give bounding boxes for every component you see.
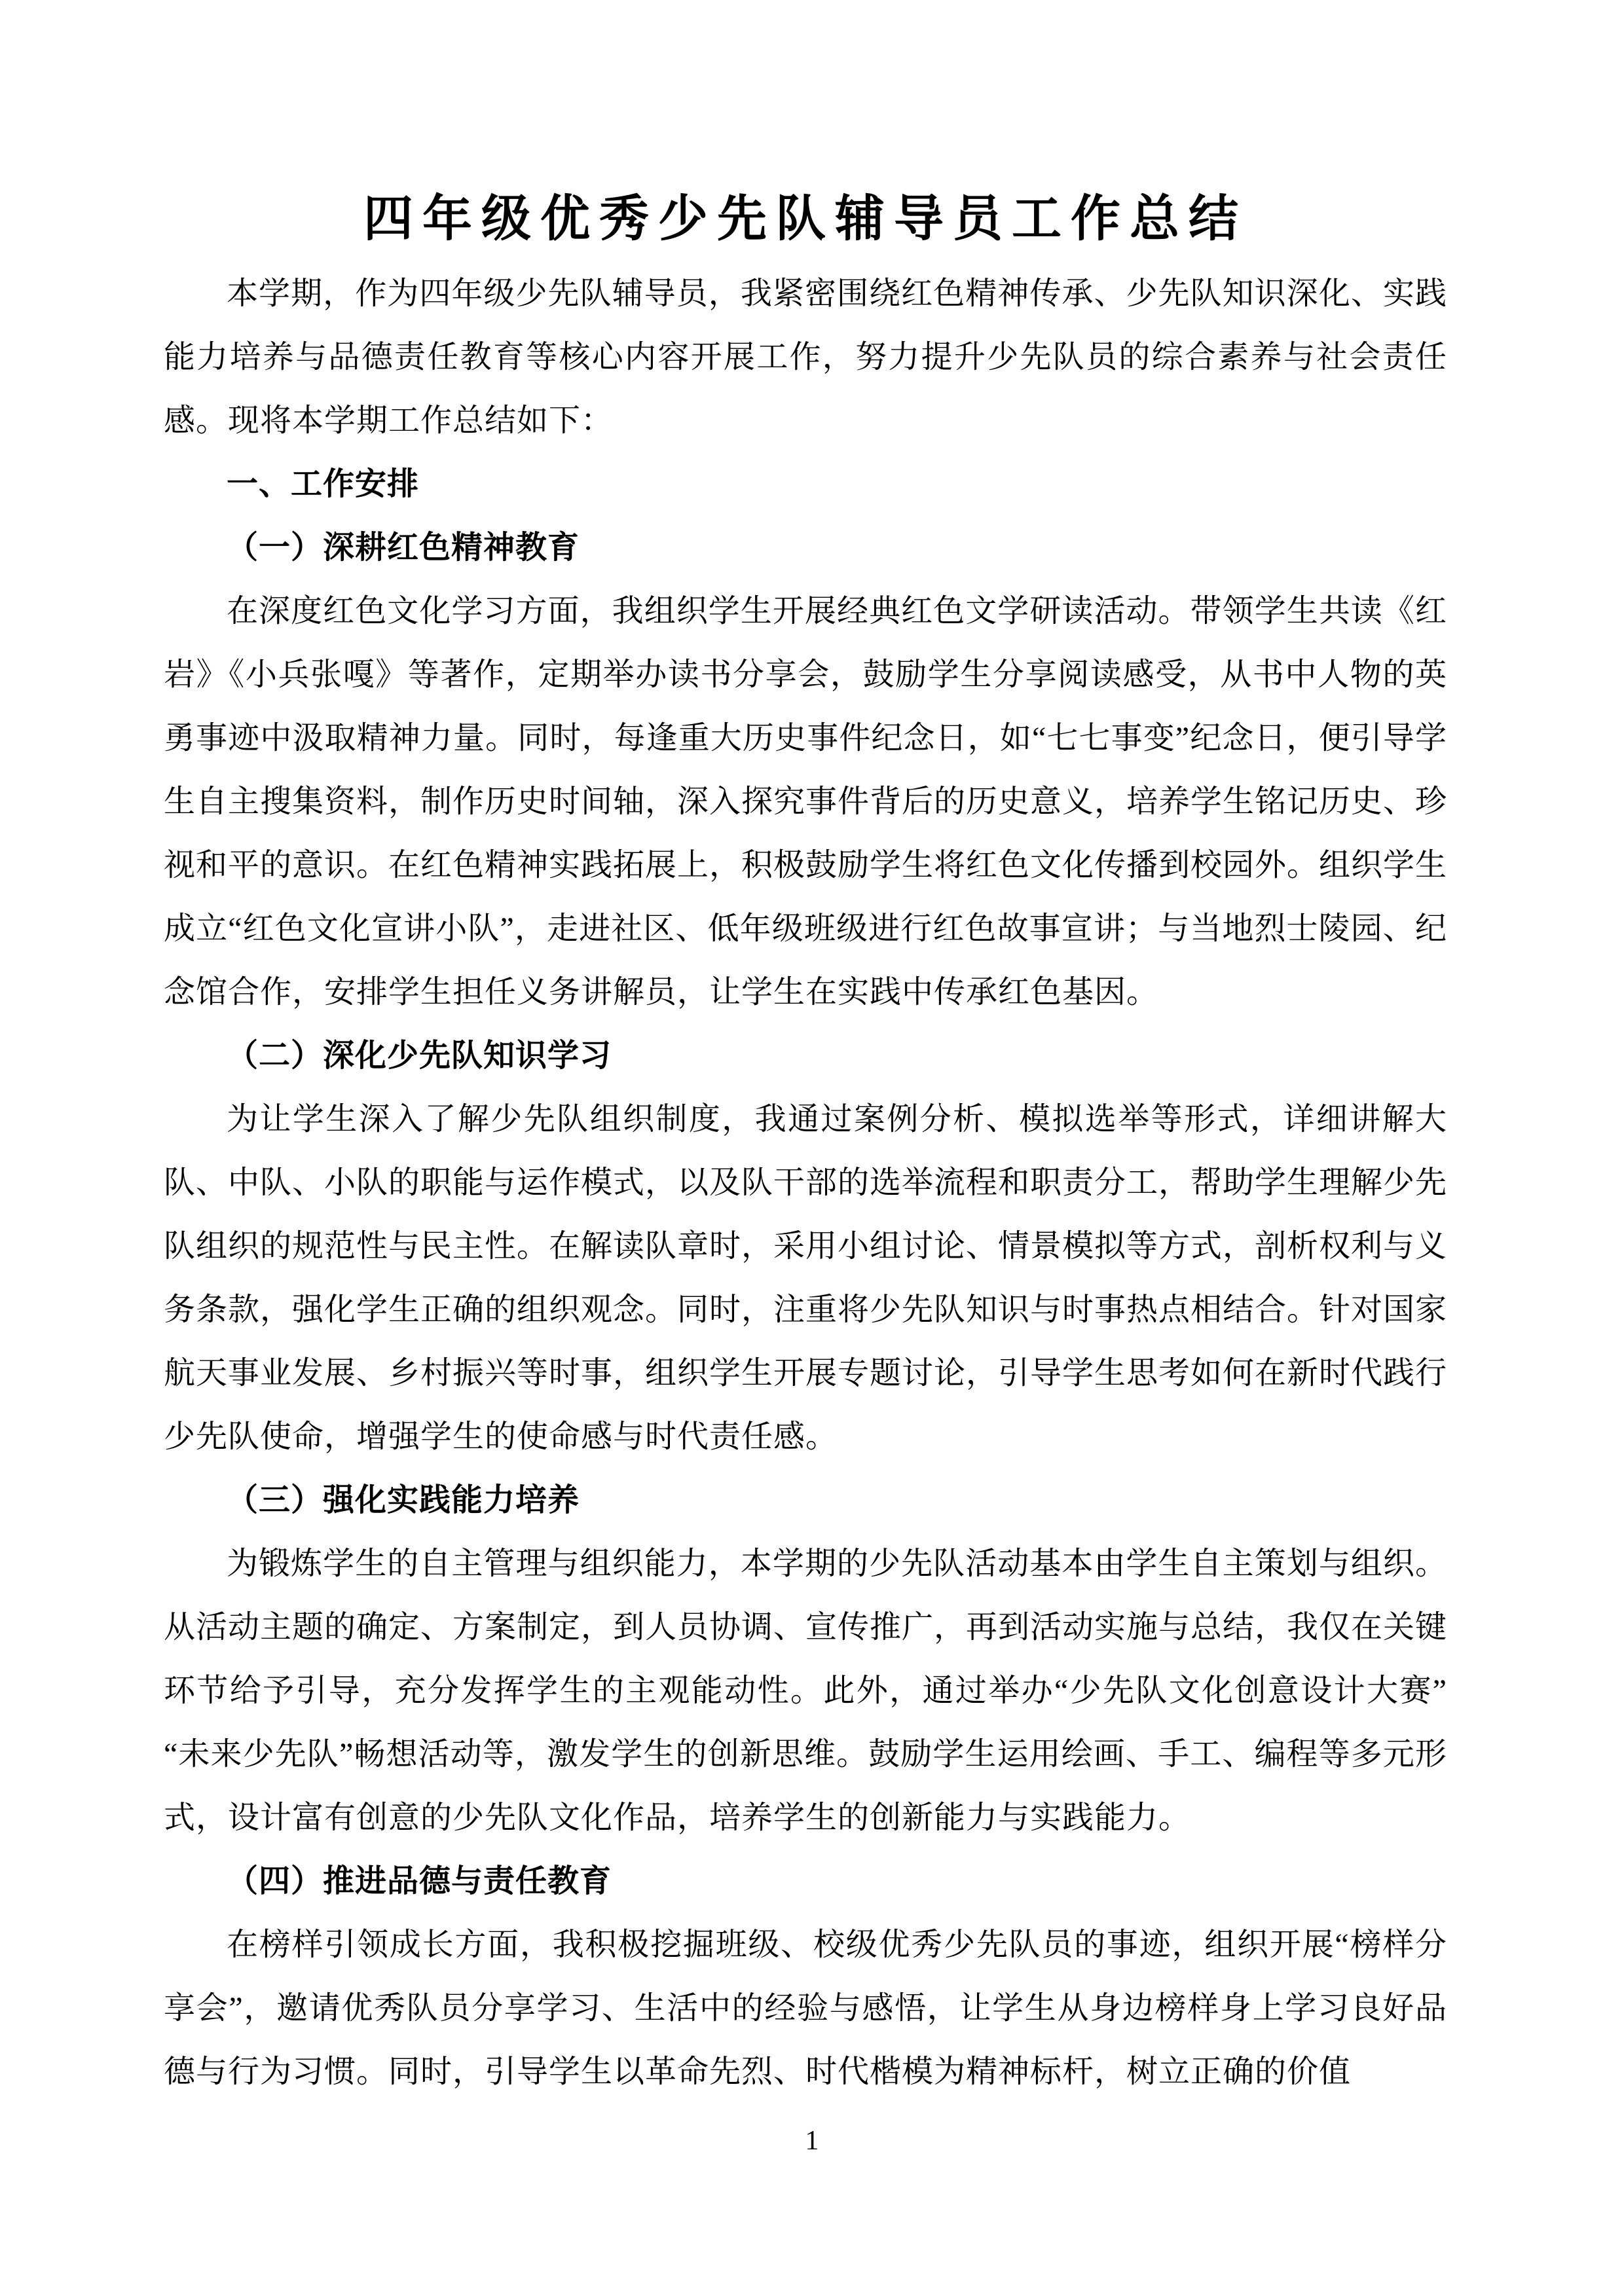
subsection-heading-1-1: （一）深耕红色精神教育	[164, 516, 1447, 579]
paragraph-intro: 本学期，作为四年级少先队辅导员，我紧密围绕红色精神传承、少先队知识深化、实践能力…	[164, 262, 1447, 452]
section-heading-1: 一、工作安排	[164, 452, 1447, 516]
paragraph-knowledge-learning: 为让学生深入了解少先队组织制度，我通过案例分析、模拟选举等形式，详细讲解大队、中…	[164, 1087, 1447, 1468]
document-content: 四年级优秀少先队辅导员工作总结 本学期，作为四年级少先队辅导员，我紧密围绕红色精…	[0, 0, 1624, 2104]
paragraph-practice-ability: 为锻炼学生的自主管理与组织能力，本学期的少先队活动基本由学生自主策划与组织。从活…	[164, 1532, 1447, 1850]
subsection-heading-1-4: （四）推进品德与责任教育	[164, 1850, 1447, 1913]
paragraph-moral-education: 在榜样引领成长方面，我积极挖掘班级、校级优秀少先队员的事迹，组织开展“榜样分享会…	[164, 1913, 1447, 2104]
paragraph-red-spirit-education: 在深度红色文化学习方面，我组织学生开展经典红色文学研读活动。带领学生共读《红岩》…	[164, 579, 1447, 1024]
page-number: 1	[0, 2121, 1624, 2160]
document-title: 四年级优秀少先队辅导员工作总结	[164, 183, 1447, 262]
subsection-heading-1-3: （三）强化实践能力培养	[164, 1468, 1447, 1532]
subsection-heading-1-2: （二）深化少先队知识学习	[164, 1024, 1447, 1087]
document-page: 四年级优秀少先队辅导员工作总结 本学期，作为四年级少先队辅导员，我紧密围绕红色精…	[0, 0, 1624, 2296]
